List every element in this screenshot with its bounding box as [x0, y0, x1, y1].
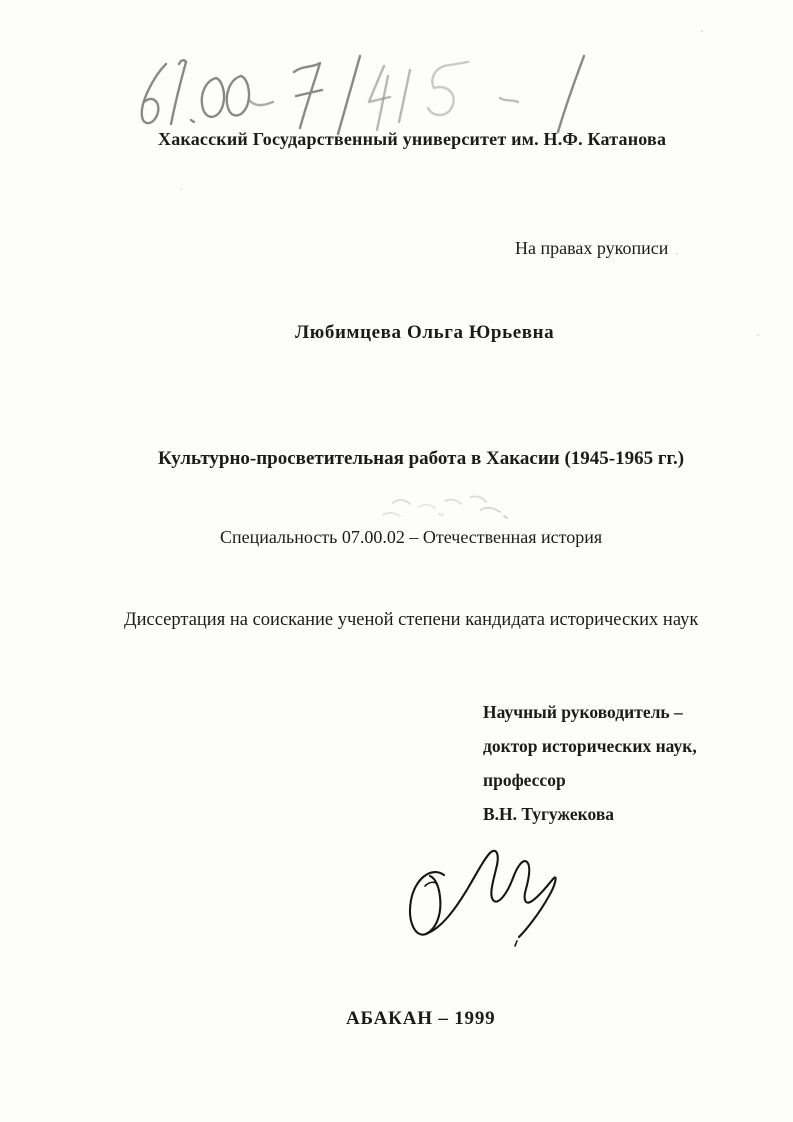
supervisor-line-4: В.Н. Тугужекова — [483, 797, 733, 831]
scan-speck — [676, 253, 678, 255]
city-year-line: АБАКАН – 1999 — [346, 1008, 495, 1030]
university-name: Хакасский Государственный университет им… — [158, 129, 666, 150]
scan-speck — [757, 334, 759, 336]
degree-statement: Диссертация на соискание ученой степени … — [124, 610, 698, 631]
scan-speck — [180, 188, 182, 190]
supervisor-line-1: Научный руководитель – — [483, 695, 733, 729]
scan-speck — [701, 30, 703, 32]
author-name: Любимцева Ольга Юрьевна — [295, 322, 554, 344]
supervisor-line-2: доктор исторических наук, — [483, 729, 733, 763]
signature-handwriting — [390, 830, 650, 970]
dissertation-title: Культурно-просветительная работа в Хакас… — [158, 448, 684, 470]
specialty-line: Специальность 07.00.02 – Отечественная и… — [220, 527, 602, 548]
supervisor-line-3: профессор — [483, 763, 733, 797]
supervisor-block: Научный руководитель – доктор историческ… — [483, 695, 733, 831]
erased-pencil-smudge — [373, 491, 523, 527]
manuscript-rights-notice: На правах рукописи — [515, 238, 668, 259]
dissertation-title-page: Хакасский Государственный университет им… — [0, 0, 793, 1122]
